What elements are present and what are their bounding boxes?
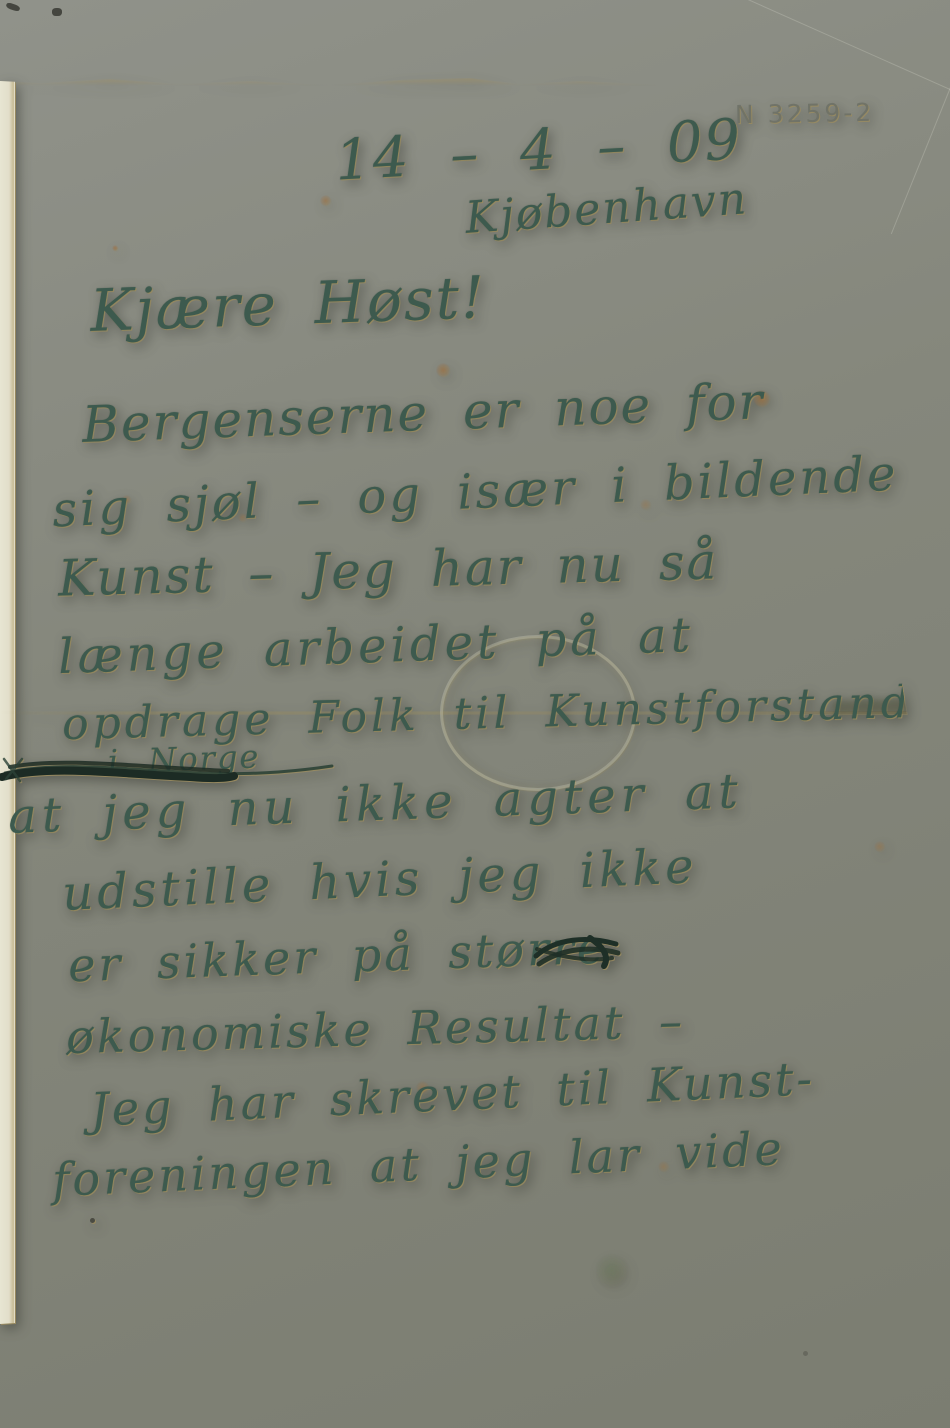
handwritten-line: opdrage Folk til Kunstforstand: [62, 681, 914, 747]
backdrop-scuff-mark: [52, 8, 62, 16]
place-line: Kjøbenhavn: [464, 177, 750, 241]
letter-page: N 3259-2 14 – 4 – 09 Kjøbenhavn Kjære Hø…: [0, 75, 918, 1327]
paper-sheet: N 3259-2 14 – 4 – 09 Kjøbenhavn Kjære Hø…: [0, 75, 918, 1327]
handwritten-line: er sikker på større: [67, 924, 607, 989]
backdrop-scuff-mark: [5, 2, 20, 12]
ink-smudge: [596, 1251, 626, 1289]
crossed-out-word-scribble: [0, 747, 340, 793]
scan-backdrop: N 3259-2 14 – 4 – 09 Kjøbenhavn Kjære Hø…: [0, 0, 950, 1428]
foxing-spot: [874, 841, 885, 852]
handwritten-line: økonomiske Resultat –: [66, 998, 686, 1060]
archival-number: N 3259-2: [735, 98, 875, 129]
handwritten-line: udstille hvis jeg ikke: [61, 842, 698, 918]
foxing-spot: [320, 195, 331, 206]
backdrop-speck: [803, 1351, 808, 1356]
ink-speck: [90, 1218, 95, 1223]
salutation-line: Kjære Høst!: [89, 268, 487, 340]
foxing-spot: [436, 363, 450, 377]
handwritten-line: Kunst – Jeg har nu så: [57, 536, 718, 603]
handwritten-line: sig sjøl – og især i bildende: [51, 450, 899, 535]
handwritten-line: Jeg har skrevet til Kunst-: [89, 1055, 816, 1133]
handwritten-line: Bergenserne er noe for: [81, 376, 765, 450]
folded-sheet-edge: [0, 75, 15, 1327]
crossed-out-word-scribble: [530, 926, 625, 978]
foxing-spot: [112, 245, 118, 251]
handwritten-line: foreningen at jeg lar vide: [51, 1125, 785, 1203]
